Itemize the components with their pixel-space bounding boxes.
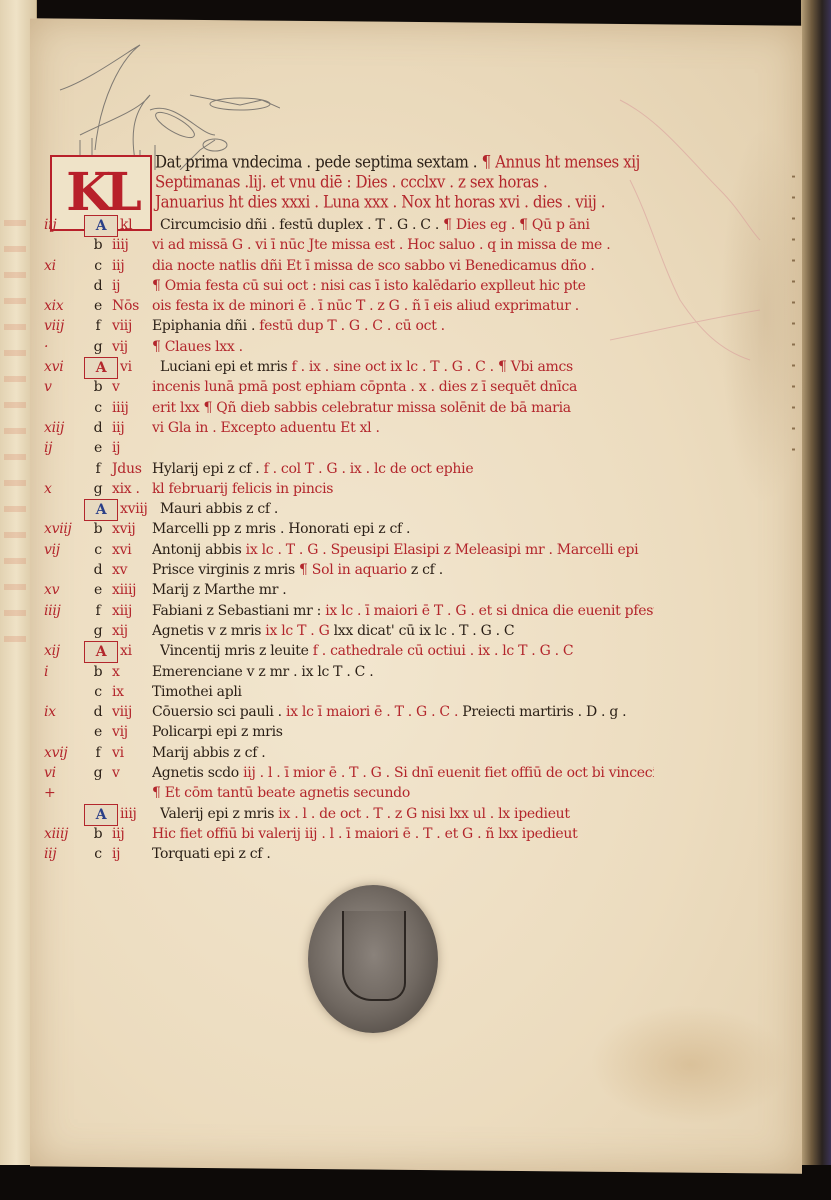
golden-number: xv — [44, 580, 84, 600]
calendar-row: ciiij erit lxx ¶ Qñ dieb sabbis celebrat… — [44, 398, 654, 418]
roman-date: ix — [112, 682, 152, 702]
calendar-row: xiijdiij vi Gla in . Excepto aduentu Et … — [44, 418, 654, 438]
feast-entry: Torquati epi z cf . — [152, 844, 654, 864]
rubric-text: dia nocte natlis dñi Et ī missa de sco s… — [152, 258, 595, 274]
dominical-letter: g — [84, 621, 112, 641]
rubric-text: ix lc T . G — [265, 623, 329, 639]
golden-number: x — [44, 479, 84, 499]
rubric-text: ¶ Omia festa cū sui oct : nisi cas ī ist… — [152, 278, 586, 294]
rubric-text: f . ix . sine oct ix lc . T . G . C . ¶ … — [292, 359, 573, 375]
rubric-text: festū dup T . G . C . cū oct . — [259, 318, 445, 334]
dominical-letter: A — [84, 804, 118, 826]
calendar-row: ibxEmerenciane v z mr . ix lc T . C . — [44, 662, 654, 682]
feast-name: Marcelli pp z mris . Honorati epi z cf . — [152, 521, 410, 537]
page-stain — [590, 1004, 790, 1126]
roman-date: viij — [112, 316, 152, 336]
rubric-text: ix lc ī maiori ē . T . G . C . — [286, 704, 458, 720]
feast-entry: dia nocte natlis dñi Et ī missa de sco s… — [152, 256, 654, 276]
rubric-text: ¶ Sol in aquario — [299, 562, 407, 578]
feast-name: Valerij epi z mris — [160, 806, 274, 822]
feast-name: Agnetis scdo — [152, 765, 239, 781]
rubric-text: ix lc . ī maiori ē T . G . et si dnica d… — [325, 603, 654, 619]
calendar-row: xiciij dia nocte natlis dñi Et ī missa d… — [44, 256, 654, 276]
roman-date: xi — [120, 641, 160, 661]
calendar-row: AxviijMauri abbis z cf . — [44, 499, 654, 519]
dominical-letter: f — [84, 743, 112, 763]
feast-name: Cōuersio sci pauli . — [152, 704, 282, 720]
prick-marks — [792, 176, 795, 456]
golden-number: vij — [44, 540, 84, 560]
roman-date: iiij — [120, 804, 160, 824]
dominical-letter: A — [84, 215, 118, 237]
golden-number: xij — [44, 641, 84, 661]
calendar-row: AiiijValerij epi z mris ix . l . de oct … — [44, 804, 654, 824]
dominical-letter: b — [84, 377, 112, 397]
roman-date: ij — [112, 844, 152, 864]
dominical-letter: g — [84, 337, 112, 357]
dominical-letter: c — [84, 256, 112, 276]
golden-number: iij — [44, 215, 84, 235]
golden-number: xiij — [44, 418, 84, 438]
roman-date: vi — [112, 743, 152, 763]
roman-date: iij — [112, 256, 152, 276]
rubric-text: ois festa ix de minori ē . ī nūc T . z G… — [152, 298, 579, 314]
feast-entry: Antonij abbis ix lc . T . G . Speusipi E… — [152, 540, 654, 560]
feast-entry: Agnetis scdo iij . l . ī mior ē . T . G … — [152, 763, 654, 783]
calendar-row: ·gvij ¶ Claues lxx . — [44, 337, 654, 357]
roman-date: x — [112, 662, 152, 682]
feast-name: Antonij abbis — [152, 542, 242, 558]
calendar-row: dij ¶ Omia festa cū sui oct : nisi cas ī… — [44, 276, 654, 296]
feast-entry: Marij z Marthe mr . — [152, 580, 654, 600]
feast-entry: kl februarij felicis in pincis — [152, 479, 654, 499]
roman-date: viij — [112, 702, 152, 722]
dominical-letter: e — [84, 296, 112, 316]
calendar-row: xviAviLuciani epi et mris f . ix . sine … — [44, 357, 654, 377]
roman-date: xvij — [112, 519, 152, 539]
feast-entry: vi Gla in . Excepto aduentu Et xl . — [152, 418, 654, 438]
dominical-letter: e — [84, 722, 112, 742]
feast-entry: Hic fiet offiū bi valerij iij . l . ī ma… — [152, 824, 654, 844]
roman-date: vi — [120, 357, 160, 377]
rubric-text: iij . l . ī mior ē . T . G . Si dnī euen… — [243, 765, 654, 781]
roman-date: Nōs — [112, 296, 152, 316]
golden-number: · — [44, 337, 84, 357]
feast-note-right: z cf . — [411, 562, 443, 578]
feast-name: Prisce virginis z mris — [152, 562, 295, 578]
calendar-row: xijAxiVincentij mris z leuite f . cathed… — [44, 641, 654, 661]
initial-letters: KL — [66, 167, 136, 219]
dominical-letter: d — [84, 702, 112, 722]
calendar-table: iijAklCircumcisio dñi . festū duplex . T… — [44, 215, 654, 865]
golden-number: xviij — [44, 519, 84, 539]
feast-entry: Mauri abbis z cf . — [160, 499, 654, 519]
feast-name: Epiphania dñi . — [152, 318, 255, 334]
feast-entry: Valerij epi z mris ix . l . de oct . T .… — [160, 804, 654, 824]
rubric-text: Hic fiet offiū bi valerij iij . l . ī ma… — [152, 826, 577, 842]
roman-date: xix . — [112, 479, 152, 499]
calendar-row: xvexiiijMarij z Marthe mr . — [44, 580, 654, 600]
rubric-text: vi ad missā G . vi ī nūc Jte missa est .… — [152, 237, 610, 253]
roman-date: xviij — [120, 499, 160, 519]
feast-entry: ois festa ix de minori ē . ī nūc T . z G… — [152, 296, 654, 316]
rubric-text: ¶ Claues lxx . — [152, 339, 243, 355]
feast-entry: Epiphania dñi . festū dup T . G . C . cū… — [152, 316, 654, 336]
feast-entry: Marij abbis z cf . — [152, 743, 654, 763]
roman-date: vij — [112, 722, 152, 742]
dominical-letter: g — [84, 763, 112, 783]
calendar-row: ijeij — [44, 438, 654, 458]
dominical-letter: f — [84, 459, 112, 479]
golden-number: ix — [44, 702, 84, 722]
feast-entry: Cōuersio sci pauli . ix lc ī maiori ē . … — [152, 702, 654, 722]
roman-date: iij — [112, 418, 152, 438]
feast-entry: Fabiani z Sebastiani mr : ix lc . ī maio… — [152, 601, 654, 621]
feast-name: Marij z Marthe mr . — [152, 582, 286, 598]
calendar-row: vijcxviAntonij abbis ix lc . T . G . Spe… — [44, 540, 654, 560]
feast-name: Hylarij epi z cf . — [152, 461, 259, 477]
golden-number: xix — [44, 296, 84, 316]
golden-number: xvi — [44, 357, 84, 377]
feast-entry: ¶ Et cōm tantū beate agnetis secundo — [152, 783, 654, 803]
calendar-heading: Dat prima vndecima . pede septima sextam… — [155, 152, 655, 212]
dominical-letter: c — [84, 398, 112, 418]
calendar-row: iijAklCircumcisio dñi . festū duplex . T… — [44, 215, 654, 235]
feast-name: Fabiani z Sebastiani mr : — [152, 603, 321, 619]
calendar-row: xvijfviMarij abbis z cf . — [44, 743, 654, 763]
feast-name: Circumcisio dñi . festū duplex . T . G .… — [160, 217, 439, 233]
golden-number: xiiij — [44, 824, 84, 844]
dominical-letter: b — [84, 662, 112, 682]
calendar-row: xiiijbiij Hic fiet offiū bi valerij iij … — [44, 824, 654, 844]
golden-number: vi — [44, 763, 84, 783]
roman-date: iiij — [112, 235, 152, 255]
dominical-letter: A — [84, 641, 118, 663]
roman-date: xij — [112, 621, 152, 641]
feast-entry: ¶ Omia festa cū sui oct : nisi cas ī ist… — [152, 276, 654, 296]
dominical-letter: b — [84, 519, 112, 539]
feast-entry: Marcelli pp z mris . Honorati epi z cf . — [152, 519, 654, 539]
calendar-row: + ¶ Et cōm tantū beate agnetis secundo — [44, 783, 654, 803]
golden-number: v — [44, 377, 84, 397]
rubric-text: ix lc . T . G . Speusipi Elasipi z Melea… — [246, 542, 639, 558]
calendar-row: vbv incenis lunā pmā post ephiam cōpnta … — [44, 377, 654, 397]
golden-number: + — [44, 783, 84, 803]
roman-date: v — [112, 377, 152, 397]
dominical-letter: c — [84, 844, 112, 864]
rubric-text: kl februarij felicis in pincis — [152, 481, 333, 497]
feast-entry: Circumcisio dñi . festū duplex . T . G .… — [160, 215, 654, 235]
feast-entry: Agnetis v z mris ix lc T . G lxx dicat' … — [152, 621, 654, 641]
calendar-row: dxvPrisce virginis z mris ¶ Sol in aquar… — [44, 560, 654, 580]
feast-note-right: lxx dicat' cū ix lc . T . G . C — [334, 623, 515, 639]
calendar-row: xviijbxvijMarcelli pp z mris . Honorati … — [44, 519, 654, 539]
dominical-letter: c — [84, 540, 112, 560]
feast-name: Marij abbis z cf . — [152, 745, 265, 761]
shield-icon — [342, 911, 406, 1001]
dominical-letter: c — [84, 682, 112, 702]
feast-name: Mauri abbis z cf . — [160, 501, 278, 517]
calendar-row: evijPolicarpi epi z mris — [44, 722, 654, 742]
roman-date: xiiij — [112, 580, 152, 600]
feast-entry: incenis lunā pmā post ephiam cōpnta . x … — [152, 377, 654, 397]
rubric-text: ix . l . de oct . T . z G nisi lxx ul . … — [278, 806, 569, 822]
roman-date: ij — [112, 276, 152, 296]
roman-date: vij — [112, 337, 152, 357]
calendar-row: xixeNōs ois festa ix de minori ē . ī nūc… — [44, 296, 654, 316]
rubric-text: vi Gla in . Excepto aduentu Et xl . — [152, 420, 380, 436]
dominical-letter: g — [84, 479, 112, 499]
feast-entry: Hylarij epi z cf . f . col T . G . ix . … — [152, 459, 654, 479]
rubric-text: incenis lunā pmā post ephiam cōpnta . x … — [152, 379, 577, 395]
calendar-row: cixTimothei apli — [44, 682, 654, 702]
golden-number: iij — [44, 844, 84, 864]
rubric-text: ¶ Et cōm tantū beate agnetis secundo — [152, 785, 410, 801]
roman-date: Jdus — [112, 459, 152, 479]
ink-bleed-through — [4, 220, 26, 660]
feast-entry: erit lxx ¶ Qñ dieb sabbis celebratur mis… — [152, 398, 654, 418]
dominical-letter: f — [84, 316, 112, 336]
calendar-row: viijfviijEpiphania dñi . festū dup T . G… — [44, 316, 654, 336]
feast-name: Timothei apli — [152, 684, 242, 700]
library-seal-stamp — [308, 885, 438, 1033]
feast-entry: Policarpi epi z mris — [152, 722, 654, 742]
feast-note-right: Preiecti martiris . D . g . — [462, 704, 626, 720]
dominical-letter: d — [84, 276, 112, 296]
feast-name: Agnetis v z mris — [152, 623, 261, 639]
roman-date: ij — [112, 438, 152, 458]
roman-date: iij — [112, 824, 152, 844]
dominical-letter: d — [84, 418, 112, 438]
rubric-text: f . cathedrale cū octiui . ix . lc T . G… — [313, 643, 574, 659]
dominical-letter: e — [84, 580, 112, 600]
feast-name: Torquati epi z cf . — [152, 846, 270, 862]
golden-number: ij — [44, 438, 84, 458]
feast-entry: Luciani epi et mris f . ix . sine oct ix… — [160, 357, 654, 377]
feast-entry: Timothei apli — [152, 682, 654, 702]
golden-number: xi — [44, 256, 84, 276]
roman-date: iiij — [112, 398, 152, 418]
feast-name: Luciani epi et mris — [160, 359, 287, 375]
calendar-row: gxijAgnetis v z mris ix lc T . G lxx dic… — [44, 621, 654, 641]
calendar-row: iiijfxiijFabiani z Sebastiani mr : ix lc… — [44, 601, 654, 621]
dominical-letter: f — [84, 601, 112, 621]
calendar-row: iijcijTorquati epi z cf . — [44, 844, 654, 864]
rubric-text: ¶ Dies eg . ¶ Qū p āni — [443, 217, 590, 233]
feast-name: Policarpi epi z mris — [152, 724, 283, 740]
roman-date: xvi — [112, 540, 152, 560]
roman-date: xiij — [112, 601, 152, 621]
feast-entry: ¶ Claues lxx . — [152, 337, 654, 357]
feast-entry: Prisce virginis z mris ¶ Sol in aquario … — [152, 560, 654, 580]
feast-entry: Emerenciane v z mr . ix lc T . C . — [152, 662, 654, 682]
dominical-letter: d — [84, 560, 112, 580]
roman-date: kl — [120, 215, 160, 235]
dominical-letter: b — [84, 824, 112, 844]
golden-number: viij — [44, 316, 84, 336]
roman-date: xv — [112, 560, 152, 580]
dominical-letter: A — [84, 499, 118, 521]
golden-number: xvij — [44, 743, 84, 763]
feast-entry: Vincentij mris z leuite f . cathedrale c… — [160, 641, 654, 661]
dominical-letter: b — [84, 235, 112, 255]
feast-name: Emerenciane v z mr . ix lc T . C . — [152, 664, 373, 680]
heading-line-3: Januarius ht dies xxxi . Luna xxx . Nox … — [155, 191, 655, 213]
dominical-letter: A — [84, 357, 118, 379]
calendar-row: biiij vi ad missā G . vi ī nūc Jte missa… — [44, 235, 654, 255]
golden-number: iiij — [44, 601, 84, 621]
calendar-row: vigvAgnetis scdo iij . l . ī mior ē . T … — [44, 763, 654, 783]
feast-entry: vi ad missā G . vi ī nūc Jte missa est .… — [152, 235, 654, 255]
calendar-row: fJdusHylarij epi z cf . f . col T . G . … — [44, 459, 654, 479]
calendar-row: ixdviijCōuersio sci pauli . ix lc ī maio… — [44, 702, 654, 722]
rubric-text: erit lxx ¶ Qñ dieb sabbis celebratur mis… — [152, 400, 571, 416]
golden-number: i — [44, 662, 84, 682]
feast-name: Vincentij mris z leuite — [160, 643, 309, 659]
dominical-letter: e — [84, 438, 112, 458]
roman-date: v — [112, 763, 152, 783]
calendar-row: xgxix . kl februarij felicis in pincis — [44, 479, 654, 499]
rubric-text: f . col T . G . ix . lc de oct ephie — [264, 461, 474, 477]
